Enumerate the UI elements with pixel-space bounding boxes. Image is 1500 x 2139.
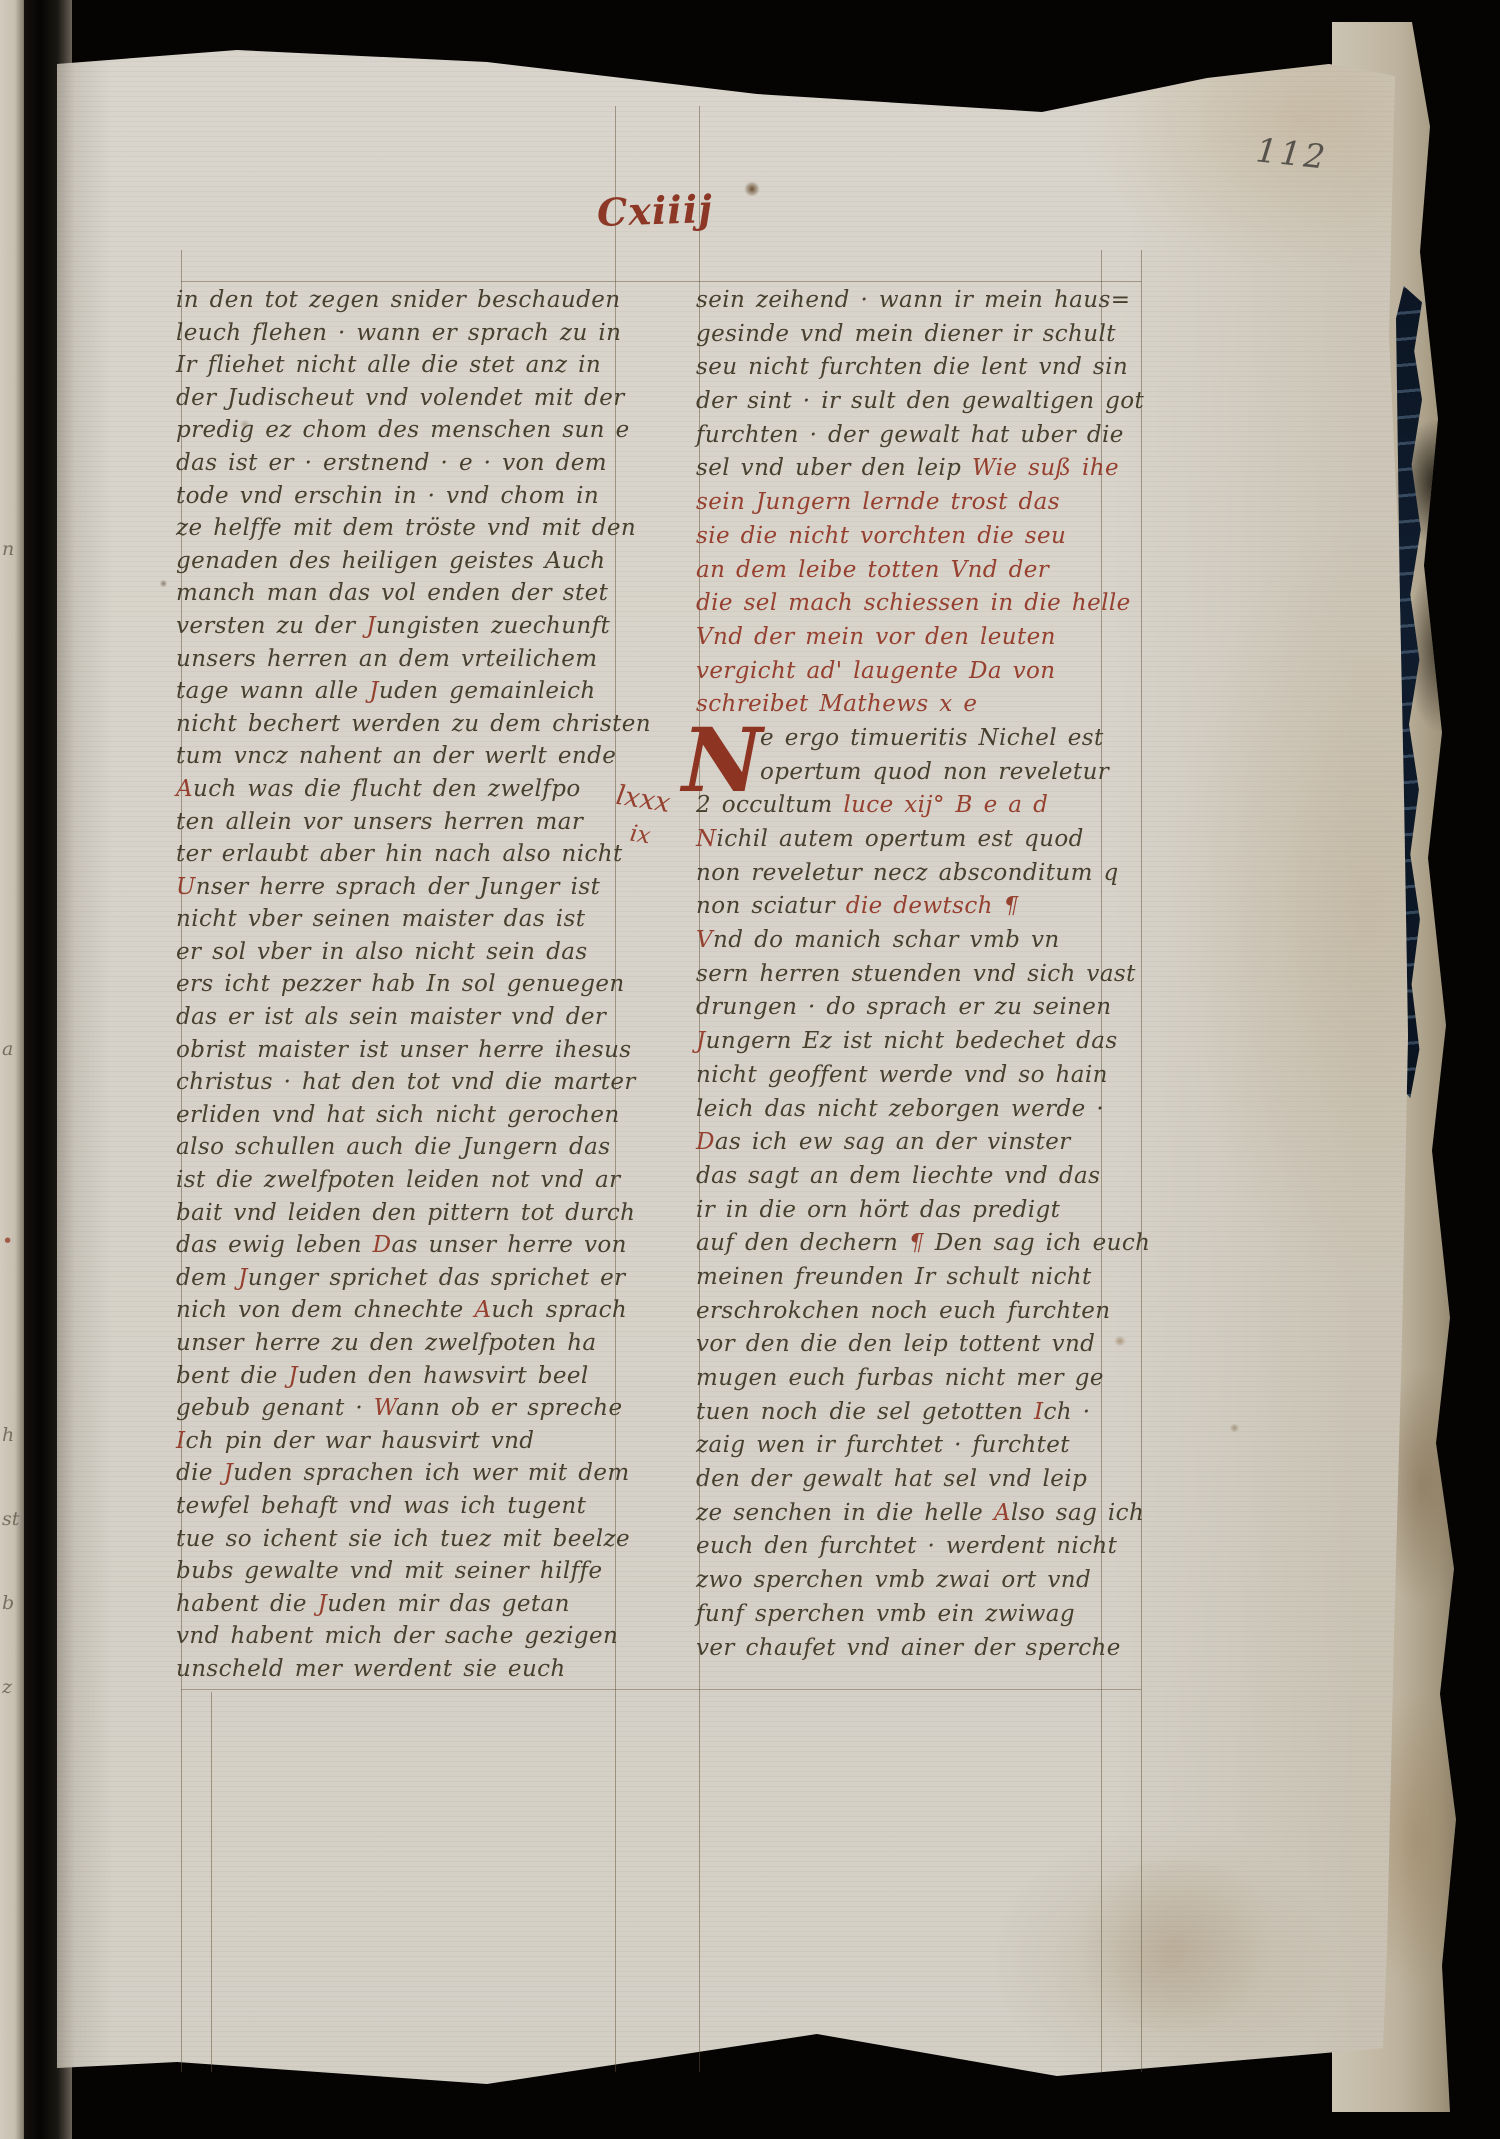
manuscript-text-line: nicht vber seinen maister das ist: [176, 903, 672, 936]
rubric-text: W: [374, 1395, 396, 1421]
rubric-text: Wie suß ihe: [972, 455, 1119, 481]
rubric-text: D: [373, 1232, 392, 1258]
manuscript-text-line: furchten · der gewalt hat uber die: [696, 419, 1158, 453]
manuscript-text-line: gebub genant · Wann ob er spreche: [176, 1392, 672, 1425]
ink-text: euch den furchtet · werdent nicht: [696, 1533, 1117, 1559]
rubric-text: an dem leibe totten Vnd der: [696, 557, 1049, 583]
ink-text: uch sprach: [491, 1297, 627, 1323]
ink-text: ch ·: [1044, 1399, 1091, 1425]
rubric-text: luce xij° B e a d: [843, 792, 1048, 818]
manuscript-text-line: die Juden sprachen ich wer mit dem: [176, 1457, 672, 1490]
rubric-text: vergicht ad' laugente Da von: [696, 658, 1056, 684]
ink-text: uden sprachen ich wer mit dem: [233, 1460, 629, 1486]
ink-text: Den sag ich euch: [924, 1230, 1150, 1256]
ink-text: ungisten zuechunft: [376, 613, 610, 639]
manuscript-text-line: zaig wen ir furchtet · furchtet: [696, 1429, 1158, 1463]
facing-page-text-fragment: n: [2, 538, 14, 560]
ink-text: non reveletur necz absconditum q: [696, 860, 1119, 886]
ink-text: in den tot zegen snider beschauden: [176, 287, 621, 313]
ink-text: erliden vnd hat sich nicht gerochen: [176, 1102, 620, 1128]
ink-text: ten allein vor unsers herren mar: [176, 809, 583, 835]
rubric-text: Vnd der mein vor den leuten: [696, 624, 1056, 650]
ink-text: bait vnd leiden den pittern tot durch: [176, 1200, 635, 1226]
facing-page-text-fragment: a: [2, 1038, 13, 1060]
ink-text: der Judischeut vnd volendet mit der: [176, 385, 625, 411]
facing-page-text-fragment: b: [2, 1592, 14, 1614]
manuscript-text-line: funf sperchen vmb ein zwiwag: [696, 1598, 1158, 1632]
ink-text: gesinde vnd mein diener ir schult: [696, 321, 1116, 347]
ink-text: non sciatur: [696, 893, 846, 919]
ink-text: das sagt an dem liechte vnd das: [696, 1163, 1100, 1189]
manuscript-text-line: meinen freunden Ir schult nicht: [696, 1261, 1158, 1295]
ink-text: lso sag ich: [1011, 1500, 1144, 1526]
ink-text: das ewig leben: [176, 1232, 373, 1258]
ink-text: nicht bechert werden zu dem christen: [176, 711, 651, 737]
right-text-column: sein zeihend · wann ir mein haus=gesinde…: [696, 284, 1158, 1665]
ink-text: predig ez chom des menschen sun e: [176, 417, 630, 443]
manuscript-text-line: leich das nicht zeborgen werde ·: [696, 1093, 1158, 1127]
ink-text: uden den hawsvirt beel: [298, 1363, 589, 1389]
ink-text: e ergo timueritis Nichel est: [760, 725, 1104, 751]
rubric-text: sie die nicht vorchten die seu: [696, 523, 1066, 549]
ink-text: leuch flehen · wann er sprach zu in: [176, 320, 621, 346]
manuscript-text-line: das ist er · erstnend · e · von dem: [176, 447, 672, 480]
left-text-column: in den tot zegen snider beschaudenleuch …: [176, 284, 672, 1686]
ink-text: uch was die flucht den zwelfpo: [193, 776, 581, 802]
manuscript-text-line: tage wann alle Juden gemainleich: [176, 675, 672, 708]
facing-page-text-fragment: h: [2, 1424, 14, 1446]
ink-text: christus · hat den tot vnd die marter: [176, 1069, 636, 1095]
ink-text: tum vncz nahent an der werlt ende: [176, 743, 616, 769]
ruling-line-horizontal: [181, 1689, 1141, 1690]
ink-text: furchten · der gewalt hat uber die: [696, 422, 1124, 448]
ink-text: seu nicht furchten die lent vnd sin: [696, 354, 1128, 380]
ink-text: opertum quod non reveletur: [760, 759, 1109, 785]
ink-text: as unser herre von: [392, 1232, 627, 1258]
ink-text: tue so ichent sie ich tuez mit beelze: [176, 1526, 630, 1552]
ink-text: tewfel behaft vnd was ich tugent: [176, 1493, 586, 1519]
facing-page-red-fragment: •: [2, 1230, 13, 1252]
manuscript-text-line: das er ist als sein maister vnd der: [176, 1001, 672, 1034]
ink-text: versten zu der: [176, 613, 366, 639]
manuscript-text-line: tewfel behaft vnd was ich tugent: [176, 1490, 672, 1523]
rubric-text: J: [696, 1028, 706, 1054]
facing-page-text-fragment: st: [2, 1508, 19, 1530]
manuscript-text-line: in den tot zegen snider beschauden: [176, 284, 672, 317]
ink-text: funf sperchen vmb ein zwiwag: [696, 1601, 1075, 1627]
ink-text: ze senchen in die helle: [696, 1500, 994, 1526]
manuscript-text-line: ir in die orn hört das predigt: [696, 1194, 1158, 1228]
manuscript-text-line: obrist maister ist unser herre ihesus: [176, 1034, 672, 1067]
ink-text: uden gemainleich: [379, 678, 596, 704]
rubric-text: ¶: [909, 1230, 924, 1256]
ink-text: as ich ew sag an der vinster: [715, 1129, 1071, 1155]
manuscript-text-line: versten zu der Jungisten zuechunft: [176, 610, 672, 643]
manuscript-text-line: mugen euch furbas nicht mer ge: [696, 1362, 1158, 1396]
manuscript-text-line: schreibet Mathews x e: [696, 688, 1158, 722]
manuscript-text-line: auf den dechern ¶ Den sag ich euch: [696, 1227, 1158, 1261]
facing-page-sliver: n a • h st b z: [0, 0, 27, 2139]
drop-cap-initial: N: [682, 716, 762, 804]
manuscript-text-line: der sint · ir sult den gewaltigen got: [696, 385, 1158, 419]
facing-page-text-fragment: z: [2, 1676, 12, 1698]
rubric-text: V: [696, 927, 713, 953]
rubric-text: A: [176, 776, 193, 802]
ink-text: das ist er · erstnend · e · von dem: [176, 450, 607, 476]
ink-text: nich von dem chnechte: [176, 1297, 474, 1323]
manuscript-text-line: drungen · do sprach er zu seinen: [696, 991, 1158, 1025]
manuscript-text-line: manch man das vol enden der stet: [176, 577, 672, 610]
manuscript-text-line: bubs gewalte vnd mit seiner hilffe: [176, 1555, 672, 1588]
manuscript-text-line: tode vnd erschin in · vnd chom in: [176, 480, 672, 513]
manuscript-text-line: unser herre zu den zwelfpoten ha: [176, 1327, 672, 1360]
manuscript-text-line: euch den furchtet · werdent nicht: [696, 1530, 1158, 1564]
manuscript-text-line: sein Jungern lernde trost das: [696, 486, 1158, 520]
rubric-text: J: [288, 1363, 298, 1389]
ink-text: nser herre sprach der Junger ist: [196, 874, 600, 900]
manuscript-text-line: ers icht pezzer hab In sol genuegen: [176, 968, 672, 1001]
manuscript-text-line: den der gewalt hat sel vnd leip: [696, 1463, 1158, 1497]
manuscript-text-line: Ich pin der war hausvirt vnd: [176, 1425, 672, 1458]
rubric-text: A: [994, 1500, 1011, 1526]
manuscript-text-line: an dem leibe totten Vnd der: [696, 554, 1158, 588]
manuscript-text-line: ze helffe mit dem tröste vnd mit den: [176, 512, 672, 545]
manuscript-text-line: also schullen auch die Jungern das: [176, 1131, 672, 1164]
rubric-text: J: [238, 1265, 248, 1291]
manuscript-text-line: habent die Juden mir das getan: [176, 1588, 672, 1621]
ink-text: gebub genant ·: [176, 1395, 374, 1421]
manuscript-text-line: das sagt an dem liechte vnd das: [696, 1160, 1158, 1194]
ink-text: sel vnd uber den leip: [696, 455, 972, 481]
ink-text: ir in die orn hört das predigt: [696, 1197, 1060, 1223]
ink-text: Ir fliehet nicht alle die stet anz in: [176, 352, 601, 378]
manuscript-text-line: leuch flehen · wann er sprach zu in: [176, 317, 672, 350]
manuscript-text-line: vor den die den leip tottent vnd: [696, 1328, 1158, 1362]
ink-text: manch man das vol enden der stet: [176, 580, 608, 606]
ink-text: also schullen auch die Jungern das: [176, 1134, 610, 1160]
ink-text: vor den die den leip tottent vnd: [696, 1331, 1095, 1357]
rubric-text: U: [176, 874, 196, 900]
ink-text: unsers herren an dem vrteilichem: [176, 646, 597, 672]
manuscript-text-line: erliden vnd hat sich nicht gerochen: [176, 1099, 672, 1132]
manuscript-text-line: sie die nicht vorchten die seu: [696, 520, 1158, 554]
manuscript-text-line: er sol vber in also nicht sein das: [176, 936, 672, 969]
manuscript-text-line: non reveletur necz absconditum q: [696, 857, 1158, 891]
ink-text: zaig wen ir furchtet · furchtet: [696, 1432, 1070, 1458]
manuscript-text-line: seu nicht furchten die lent vnd sin: [696, 351, 1158, 385]
manuscript-text-line: sel vnd uber den leip Wie suß ihe: [696, 452, 1158, 486]
manuscript-text-line: bent die Juden den hawsvirt beel: [176, 1360, 672, 1393]
manuscript-text-line: e ergo timueritis Nichel est: [696, 722, 1158, 756]
manuscript-text-line: tue so ichent sie ich tuez mit beelze: [176, 1523, 672, 1556]
manuscript-text-line: dem Junger sprichet das sprichet er: [176, 1262, 672, 1295]
rubric-text: J: [318, 1591, 328, 1617]
manuscript-text-line: tum vncz nahent an der werlt ende: [176, 740, 672, 773]
rubric-text: A: [474, 1297, 491, 1323]
ink-text: vnd habent mich der sache gezigen: [176, 1623, 618, 1649]
rubric-text: die dewtsch ¶: [846, 893, 1019, 919]
ink-text: bubs gewalte vnd mit seiner hilffe: [176, 1558, 602, 1584]
manuscript-text-line: ter erlaubt aber hin nach also nicht: [176, 838, 672, 871]
ink-text: ch pin der war hausvirt vnd: [186, 1428, 535, 1454]
ink-text: sein zeihend · wann ir mein haus=: [696, 287, 1130, 313]
ink-text: zwo sperchen vmb zwai ort vnd: [696, 1567, 1091, 1593]
manuscript-text-line: nicht bechert werden zu dem christen: [176, 708, 672, 741]
ink-text: ze helffe mit dem tröste vnd mit den: [176, 515, 636, 541]
manuscript-text-line: ist die zwelfpoten leiden not vnd ar: [176, 1164, 672, 1197]
manuscript-text-line: erschrokchen noch euch furchten: [696, 1295, 1158, 1329]
ink-text: auf den dechern: [696, 1230, 909, 1256]
ink-text: tage wann alle: [176, 678, 369, 704]
manuscript-text-line: das ewig leben Das unser herre von: [176, 1229, 672, 1262]
manuscript-text-line: Vnd do manich schar vmb vn: [696, 924, 1158, 958]
ink-text: ungern Ez ist nicht bedechet das: [706, 1028, 1118, 1054]
manuscript-text-line: sein zeihend · wann ir mein haus=: [696, 284, 1158, 318]
manuscript-text-line: opertum quod non reveletur: [696, 756, 1158, 790]
rubric-text: J: [369, 678, 379, 704]
rubric-text: I: [176, 1428, 186, 1454]
ruling-line-vertical: [211, 1692, 212, 2072]
ink-text: ver chaufet vnd ainer der sperche: [696, 1635, 1121, 1661]
ink-text: bent die: [176, 1363, 288, 1389]
rubric-text: die sel mach schiessen in die helle: [696, 590, 1131, 616]
manuscript-text-line: vnd habent mich der sache gezigen: [176, 1620, 672, 1653]
manuscript-text-line: unscheld mer werdent sie euch: [176, 1653, 672, 1686]
manuscript-text-line: unsers herren an dem vrteilichem: [176, 643, 672, 676]
ink-text: ichil autem opertum est quod: [717, 826, 1084, 852]
manuscript-text-line: die sel mach schiessen in die helle: [696, 587, 1158, 621]
ruling-line-horizontal: [181, 281, 1141, 282]
manuscript-text-line: Unser herre sprach der Junger ist: [176, 871, 672, 904]
manuscript-text-line: nicht geoffent werde vnd so hain: [696, 1059, 1158, 1093]
rubric-text: I: [1034, 1399, 1044, 1425]
rubric-text: J: [224, 1460, 234, 1486]
ink-text: unser herre zu den zwelfpoten ha: [176, 1330, 597, 1356]
ink-text: sern herren stuenden vnd sich vast: [696, 961, 1136, 987]
manuscript-text-line: bait vnd leiden den pittern tot durch: [176, 1197, 672, 1230]
ink-text: ann ob er spreche: [396, 1395, 623, 1421]
ink-text: obrist maister ist unser herre ihesus: [176, 1037, 632, 1063]
manuscript-text-line: der Judischeut vnd volendet mit der: [176, 382, 672, 415]
ink-text: erschrokchen noch euch furchten: [696, 1298, 1111, 1324]
ink-text: den der gewalt hat sel vnd leip: [696, 1466, 1087, 1492]
rubric-text: N: [696, 826, 717, 852]
ink-text: meinen freunden Ir schult nicht: [696, 1264, 1092, 1290]
ink-text: der sint · ir sult den gewaltigen got: [696, 388, 1144, 414]
ink-text: ers icht pezzer hab In sol genuegen: [176, 971, 625, 997]
ink-text: unscheld mer werdent sie euch: [176, 1656, 566, 1682]
ink-text: habent die: [176, 1591, 318, 1617]
manuscript-text-line: ten allein vor unsers herren mar: [176, 806, 672, 839]
manuscript-text-line: zwo sperchen vmb zwai ort vnd: [696, 1564, 1158, 1598]
manuscript-text-line: Jungern Ez ist nicht bedechet das: [696, 1025, 1158, 1059]
rubric-text: D: [696, 1129, 715, 1155]
page-number: 112: [1254, 130, 1330, 176]
manuscript-text-line: vergicht ad' laugente Da von: [696, 655, 1158, 689]
manuscript-text-line: Vnd der mein vor den leuten: [696, 621, 1158, 655]
ink-text: unger sprichet das sprichet er: [248, 1265, 626, 1291]
manuscript-text-line: sern herren stuenden vnd sich vast: [696, 958, 1158, 992]
manuscript-text-line: non sciatur die dewtsch ¶: [696, 890, 1158, 924]
manuscript-text-line: Das ich ew sag an der vinster: [696, 1126, 1158, 1160]
manuscript-text-line: Nichil autem opertum est quod: [696, 823, 1158, 857]
ink-text: nd do manich schar vmb vn: [713, 927, 1060, 953]
ink-text: tuen noch die sel getotten: [696, 1399, 1034, 1425]
manuscript-photo: { "meta": { "ink_color": "#48402f", "red…: [0, 0, 1500, 2139]
manuscript-text-line: 2 occultum luce xij° B e a d: [696, 789, 1158, 823]
manuscript-text-line: gesinde vnd mein diener ir schult: [696, 318, 1158, 352]
ink-text: ist die zwelfpoten leiden not vnd ar: [176, 1167, 621, 1193]
manuscript-text-line: ze senchen in die helle Also sag ich: [696, 1497, 1158, 1531]
manuscript-text-line: predig ez chom des menschen sun e: [176, 414, 672, 447]
ink-text: dem: [176, 1265, 238, 1291]
ink-text: nicht geoffent werde vnd so hain: [696, 1062, 1108, 1088]
ink-text: uden mir das getan: [327, 1591, 570, 1617]
ink-text: er sol vber in also nicht sein das: [176, 939, 588, 965]
manuscript-text-line: tuen noch die sel getotten Ich ·: [696, 1396, 1158, 1430]
ink-text: tode vnd erschin in · vnd chom in: [176, 483, 599, 509]
ink-text: mugen euch furbas nicht mer ge: [696, 1365, 1104, 1391]
rubric-text: J: [366, 613, 376, 639]
manuscript-text-line: christus · hat den tot vnd die marter: [176, 1066, 672, 1099]
ink-text: drungen · do sprach er zu seinen: [696, 994, 1112, 1020]
manuscript-text-line: Auch was die flucht den zwelfpo: [176, 773, 672, 806]
ink-text: die: [176, 1460, 224, 1486]
ink-text: leich das nicht zeborgen werde ·: [696, 1096, 1104, 1122]
manuscript-text-line: ver chaufet vnd ainer der sperche: [696, 1632, 1158, 1666]
rubric-text: sein Jungern lernde trost das: [696, 489, 1060, 515]
ink-text: genaden des heiligen geistes Auch: [176, 548, 606, 574]
folio-heading: Cxiiij: [596, 186, 713, 235]
ink-text: ter erlaubt aber hin nach also nicht: [176, 841, 623, 867]
manuscript-text-line: nich von dem chnechte Auch sprach: [176, 1294, 672, 1327]
ink-text: nicht vber seinen maister das ist: [176, 906, 585, 932]
ink-text: das er ist als sein maister vnd der: [176, 1004, 606, 1030]
manuscript-text-line: genaden des heiligen geistes Auch: [176, 545, 672, 578]
manuscript-text-line: Ir fliehet nicht alle die stet anz in: [176, 349, 672, 382]
